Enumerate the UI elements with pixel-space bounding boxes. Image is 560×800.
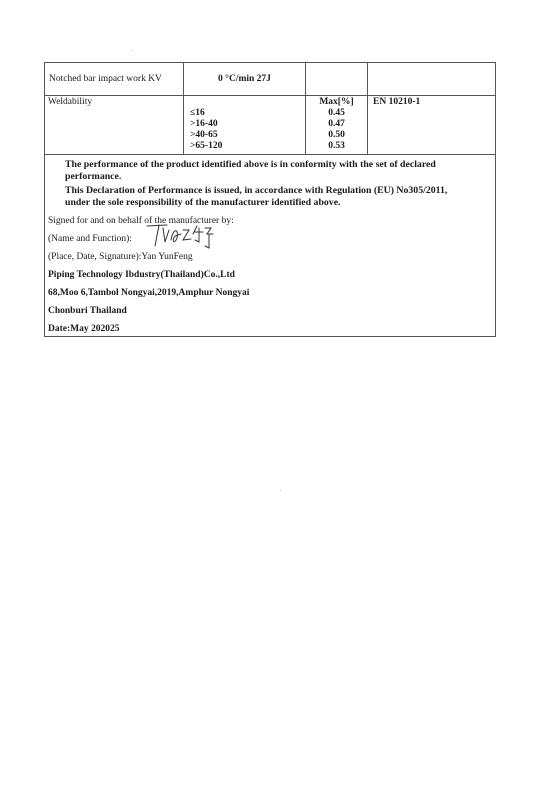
max-value-0: 0.45 [306, 108, 367, 119]
conformity-line-2: performance. [65, 171, 490, 183]
name-function-label: (Name and Function): [48, 234, 132, 245]
max-header: Max[%] [306, 97, 367, 108]
row-divider [45, 154, 495, 155]
document-page: Notched bar impact work KV 0 °C/min 27J … [0, 0, 560, 800]
weldability-label: Weldability [48, 97, 92, 108]
conformity-line-1: The performance of the product identifie… [65, 159, 490, 171]
max-value-1: 0.47 [306, 119, 367, 130]
issued-statement: This Declaration of Performance is issue… [65, 185, 490, 208]
thickness-range-3: >65-120 [190, 141, 222, 152]
handwritten-signature-icon [145, 220, 215, 250]
declaration-box: Notched bar impact work KV 0 °C/min 27J … [44, 62, 496, 337]
max-value-2: 0.50 [306, 130, 367, 141]
thickness-range-2: >40-65 [190, 130, 218, 141]
issued-line-2: under the sole responsibility of the man… [65, 197, 490, 209]
standard-reference: EN 10210-1 [373, 97, 420, 108]
max-value-3: 0.53 [306, 141, 367, 152]
company-address: 68,Moo 6,Tambol Nongyai,2019,Amphur Nong… [48, 288, 249, 299]
scan-speck [280, 490, 281, 491]
issued-line-1: This Declaration of Performance is issue… [65, 185, 490, 197]
impact-work-value: 0 °C/min 27J [184, 74, 305, 85]
place-date-signature-label: (Place, Date, Signature): [48, 252, 141, 262]
declaration-date: Date:May 202025 [48, 324, 120, 335]
company-city: Chonburi Thailand [48, 306, 127, 317]
impact-work-label: Notched bar impact work KV [49, 74, 181, 85]
column-divider [367, 63, 368, 154]
row-divider [45, 95, 495, 96]
company-name: Piping Technology Ibdustry(Thailand)Co.,… [48, 270, 235, 281]
thickness-range-1: >16-40 [190, 119, 218, 130]
thickness-range-0: ≤16 [190, 108, 205, 119]
place-date-signature-line: (Place, Date, Signature):Yan YunFeng [48, 252, 193, 263]
conformity-statement: The performance of the product identifie… [65, 159, 490, 182]
scan-speck [132, 50, 133, 51]
signer-name: Yan YunFeng [141, 252, 192, 262]
